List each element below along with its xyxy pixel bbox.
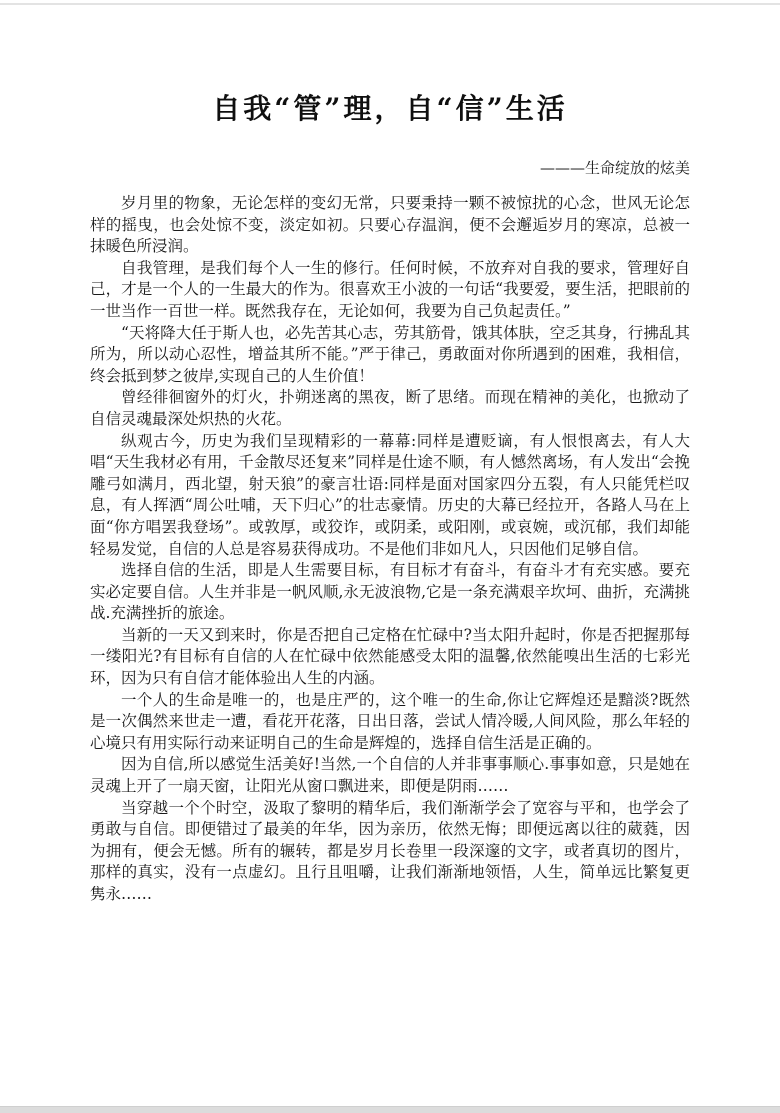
top-border (0, 3, 780, 5)
paragraph: 选择自信的生活，即是人生需要目标，有目标才有奋斗，有奋斗才有充实感。要充实必定要… (90, 560, 690, 625)
paragraph: 纵观古今，历史为我们呈现精彩的一幕幕:同样是遭贬谪，有人恨恨离去，有人大唱“天生… (90, 431, 690, 561)
essay-body: 岁月里的物象，无论怎样的变幻无常，只要秉持一颗不被惊扰的心念，世风无论怎样的摇曳… (90, 193, 690, 906)
paragraph: “天将降大任于斯人也，必先苦其心志，劳其筋骨，饿其体肤，空乏其身，行拂乱其所为，… (90, 323, 690, 388)
bottom-border (0, 1106, 780, 1113)
paragraph: 当新的一天又到来时，你是否把自己定格在忙碌中?当太阳升起时，你是否把握那每一缕阳… (90, 625, 690, 690)
paragraph: 一个人的生命是唯一的，也是庄严的，这个唯一的生命,你让它辉煌还是黯淡?既然是一次… (90, 690, 690, 755)
essay-subtitle: ———生命绽放的炫美 (90, 158, 690, 178)
essay-title: 自我“管”理，自“信”生活 (90, 0, 690, 128)
paragraph: 曾经徘徊窗外的灯火，扑朔迷离的黑夜，断了思绪。而现在精神的美化，也掀动了自信灵魂… (90, 387, 690, 430)
paragraph: 因为自信,所以感觉生活美好!当然,一个自信的人并非事事顺心.事事如意，只是她在灵… (90, 754, 690, 797)
document-page: 自我“管”理，自“信”生活 ———生命绽放的炫美 岁月里的物象，无论怎样的变幻无… (90, 0, 690, 906)
paragraph: 岁月里的物象，无论怎样的变幻无常，只要秉持一颗不被惊扰的心念，世风无论怎样的摇曳… (90, 193, 690, 258)
paragraph: 自我管理，是我们每个人一生的修行。任何时候，不放弃对自我的要求，管理好自己，才是… (90, 258, 690, 323)
paragraph: 当穿越一个个时空，汲取了黎明的精华后，我们渐渐学会了宽容与平和，也学会了勇敢与自… (90, 798, 690, 906)
